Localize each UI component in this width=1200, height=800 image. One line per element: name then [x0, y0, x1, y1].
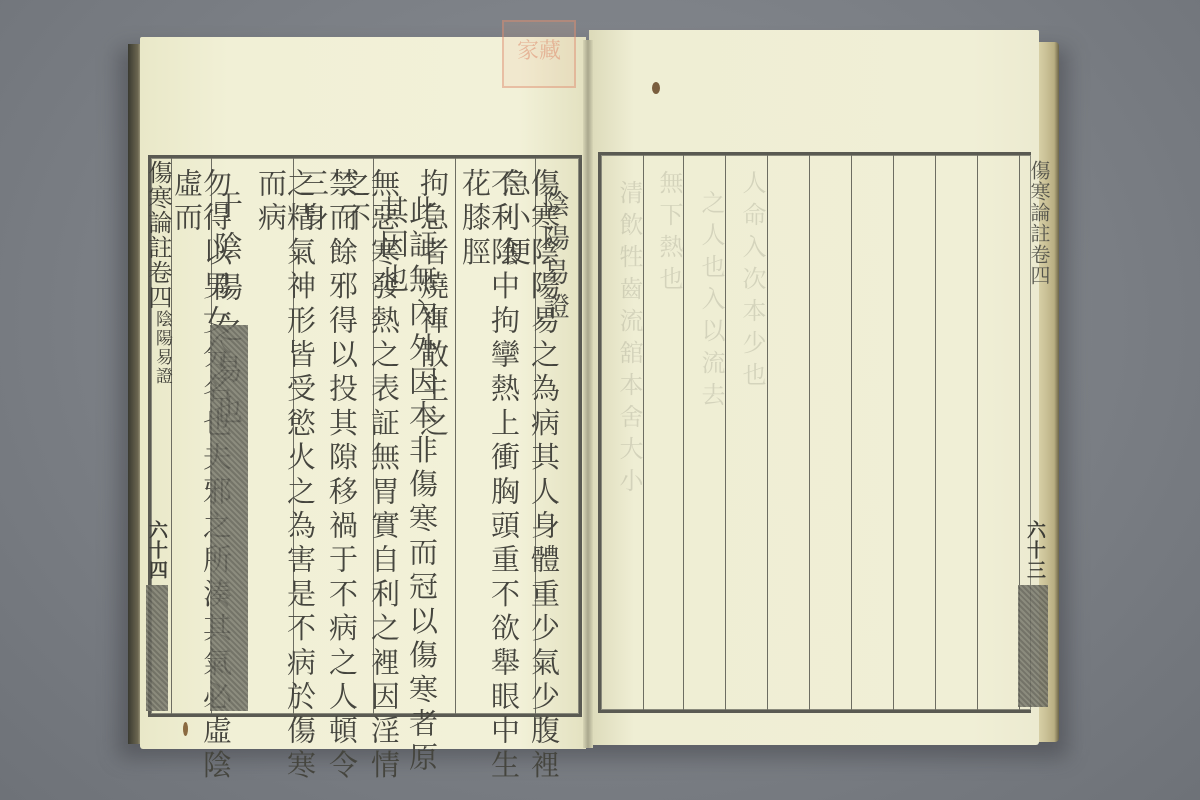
left-margin-section: 陰陽易證	[150, 310, 175, 386]
ink-block	[210, 325, 248, 711]
column-rule	[851, 155, 852, 710]
ink-block	[146, 585, 168, 711]
column-rule	[893, 155, 894, 710]
column-rule	[809, 155, 810, 710]
bleed-through-text: 人命入次本少也	[735, 170, 770, 394]
column-rule	[455, 158, 456, 714]
seal-glyph: 家藏	[517, 39, 561, 64]
bleed-through-text: 之人也入以流去	[694, 190, 729, 414]
left-margin-title: 傷寒論註卷四	[141, 160, 176, 310]
ink-block	[1018, 585, 1048, 707]
paper-stain	[652, 82, 660, 94]
bleed-through-text: 清飲牲齒流舘本舍大小	[612, 180, 647, 500]
right-page-number: 六十三	[1022, 520, 1049, 580]
book-gutter	[583, 40, 593, 748]
text-column-2: 不利陰中拘攣熱上衝胸頭重不欲舉眼中生花膝脛	[460, 168, 518, 800]
text-column-7: 之精氣神形皆受慾火之為害是不病於傷寒而病	[256, 168, 314, 800]
column-rule	[935, 155, 936, 710]
archive-seal: 家藏	[502, 20, 576, 88]
left-page-number: 六十四	[144, 520, 171, 580]
paper-stain	[183, 722, 188, 736]
right-margin-title: 傷寒論註卷四	[1025, 160, 1054, 286]
column-rule	[977, 155, 978, 710]
bleed-through-text: 無下熱也	[652, 170, 687, 298]
